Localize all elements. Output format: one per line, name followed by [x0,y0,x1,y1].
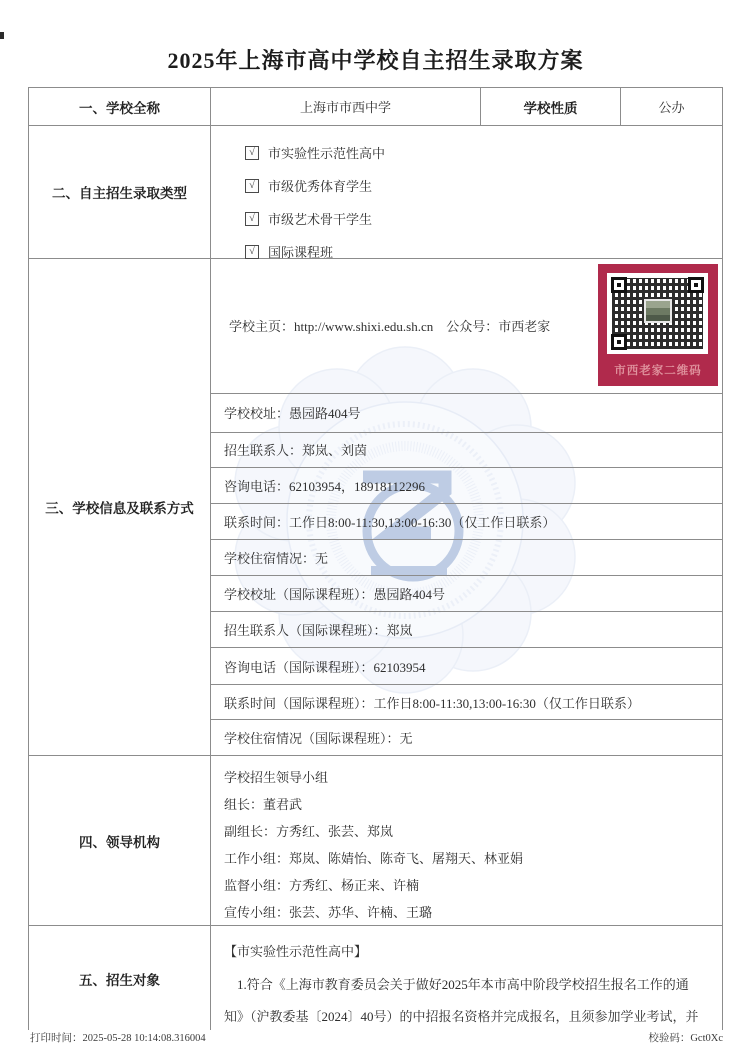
qr-code [607,273,708,354]
qr-finder-icon [611,277,627,293]
leadership-line: 学校招生领导小组 [224,764,708,791]
checkbox-checked-icon: √ [245,179,259,193]
checkbox-checked-icon: √ [245,245,259,259]
table-row: 咨询电话（国际课程班）：62103954 [211,648,722,685]
qr-code-block: 市西老家二维码 [598,264,718,386]
leadership-line: 副组长：方秀红、张芸、郑岚 [224,818,708,845]
table-row-school-name: 一、学校全称 上海市市西中学 学校性质 公办 [29,88,722,126]
admission-plan-table: 一、学校全称 上海市市西中学 学校性质 公办 二、自主招生录取类型 √ 市实验性… [28,87,723,1030]
scan-artifact [0,32,4,39]
table-row-leadership: 四、领导机构 学校招生领导小组 组长：董君武 副组长：方秀红、张芸、郑岚 工作小… [29,756,722,926]
table-row-admission-targets: 五、招生对象 【市实验性示范性高中】 1.符合《上海市教育委员会关于做好2025… [29,926,722,1030]
admission-types-label: 二、自主招生录取类型 [29,126,211,258]
school-name-value: 上海市市西中学 [211,88,481,125]
admission-targets-paragraph: 1.符合《上海市教育委员会关于做好2025年本市高中阶段学校招生报名工作的通知》… [224,969,706,1031]
print-time-label: 打印时间： [30,1033,83,1044]
school-info-label: 三、学校信息及联系方式 [29,259,211,755]
table-row: 学校住宿情况：无 [211,540,722,576]
qr-center-photo [644,299,672,323]
page-footer: 打印时间：2025-05-28 10:14:08.316004 校验码：Gct0… [0,1028,751,1048]
checkbox-checked-icon: √ [245,146,259,160]
leadership-line: 工作小组：郑岚、陈婧怡、陈奇飞、屠翔天、林亚娟 [224,845,708,872]
footer-print-time: 打印时间：2025-05-28 10:14:08.316004 [30,1030,206,1045]
leadership-line: 宣传小组：张芸、苏华、许楠、王璐 [224,899,708,926]
table-row: 学校住宿情况（国际课程班）：无 [211,720,722,755]
school-type-label: 学校性质 [481,88,621,125]
table-row-admission-types: 二、自主招生录取类型 √ 市实验性示范性高中 √ 市级优秀体育学生 √ 市级艺术… [29,126,722,259]
admission-types-list: √ 市实验性示范性高中 √ 市级优秀体育学生 √ 市级艺术骨干学生 √ 国际课程… [211,126,722,258]
table-row: 联系时间（国际课程班）：工作日8:00-11:30,13:00-16:30（仅工… [211,685,722,720]
homepage-text: 学校主页：http://www.shixi.edu.sh.cn 公众号：市西老家 [229,316,550,335]
checkbox-checked-icon: √ [245,212,259,226]
print-time-value: 2025-05-28 10:14:08.316004 [83,1033,206,1044]
table-row-school-info: 三、学校信息及联系方式 学校主页：http://www.shixi.edu.sh… [29,259,722,756]
school-type-value: 公办 [621,88,722,125]
list-item: √ 市级优秀体育学生 [245,169,722,202]
list-item: √ 市实验性示范性高中 [245,136,722,169]
leadership-content: 学校招生领导小组 组长：董君武 副组长：方秀红、张芸、郑岚 工作小组：郑岚、陈婧… [211,756,722,925]
qr-finder-icon [688,277,704,293]
page-title: 2025年上海市高中学校自主招生录取方案 [0,44,751,75]
qr-finder-icon [611,334,627,350]
table-row: 学校校址：愚园路404号 [211,394,722,433]
check-code-value: Gct0Xc [690,1033,723,1044]
table-row: 招生联系人：郑岚、刘茵 [211,433,722,468]
table-row: 招生联系人（国际课程班）：郑岚 [211,612,722,648]
qr-caption: 市西老家二维码 [598,362,718,378]
leadership-line: 组长：董君武 [224,791,708,818]
admission-targets-heading: 【市实验性示范性高中】 [224,936,706,969]
leadership-line: 监督小组：方秀红、杨正来、许楠 [224,872,708,899]
admission-type-label: 市实验性示范性高中 [268,143,385,162]
admission-targets-label: 五、招生对象 [29,926,211,1030]
table-row: 咨询电话：62103954，18918112296 [211,468,722,504]
check-code-label: 校验码： [648,1033,690,1044]
footer-check-code: 校验码：Gct0Xc [648,1030,723,1045]
leadership-label: 四、领导机构 [29,756,211,925]
list-item: √ 市级艺术骨干学生 [245,202,722,235]
table-row: 学校校址（国际课程班）：愚园路404号 [211,576,722,612]
admission-type-label: 市级艺术骨干学生 [268,209,372,228]
school-name-label: 一、学校全称 [29,88,211,125]
homepage-row: 学校主页：http://www.shixi.edu.sh.cn 公众号：市西老家… [211,259,722,394]
table-row: 联系时间：工作日8:00-11:30,13:00-16:30（仅工作日联系） [211,504,722,541]
school-info-rows: 学校主页：http://www.shixi.edu.sh.cn 公众号：市西老家… [211,259,722,755]
admission-targets-content: 【市实验性示范性高中】 1.符合《上海市教育委员会关于做好2025年本市高中阶段… [211,926,722,1030]
admission-type-label: 市级优秀体育学生 [268,176,372,195]
